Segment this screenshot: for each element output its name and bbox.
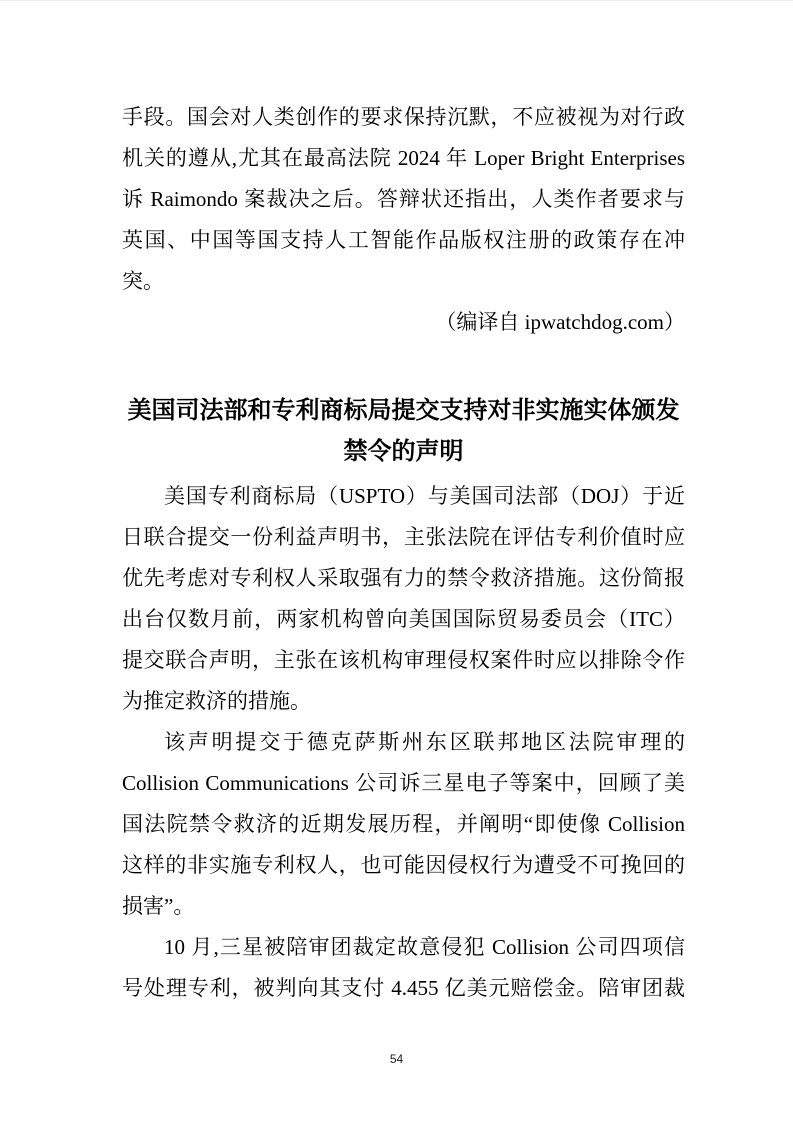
continuation-line: 手段。国会对人类创作的要求保持沉默，不应被视为对行政: [122, 97, 685, 138]
article-paragraph-3: 10 月,三星被陪审团裁定故意侵犯 Collision 公司四项信 号处理专利，…: [122, 927, 685, 1009]
paragraph-continuation: 手段。国会对人类创作的要求保持沉默，不应被视为对行政 机关的遵从,尤其在最高法院…: [122, 97, 685, 302]
continuation-line: 机关的遵从,尤其在最高法院 2024 年 Loper Bright Enterp…: [122, 138, 685, 179]
body-line: 优先考虑对专利权人采取强有力的禁令救济措施。这份简报: [122, 558, 685, 599]
page-number: 54: [0, 1049, 793, 1069]
article-title-line2: 禁令的声明: [122, 431, 685, 472]
attribution-line: （编译自 ipwatchdog.com）: [122, 302, 685, 343]
article-title: 美国司法部和专利商标局提交支持对非实施实体颁发 禁令的声明: [122, 390, 685, 472]
document-page: 手段。国会对人类创作的要求保持沉默，不应被视为对行政 机关的遵从,尤其在最高法院…: [0, 0, 793, 1122]
article-title-line1: 美国司法部和专利商标局提交支持对非实施实体颁发: [122, 390, 685, 431]
body-line: 号处理专利，被判向其支付 4.455 亿美元赔偿金。陪审团裁: [122, 968, 685, 1009]
body-line: 日联合提交一份利益声明书，主张法院在评估专利价值时应: [122, 517, 685, 558]
body-line: 这样的非实施专利权人，也可能因侵权行为遭受不可挽回的: [122, 845, 685, 886]
continuation-line: 突。: [122, 261, 685, 302]
body-line: 10 月,三星被陪审团裁定故意侵犯 Collision 公司四项信: [122, 927, 685, 968]
article-paragraph-1: 美国专利商标局（USPTO）与美国司法部（DOJ）于近 日联合提交一份利益声明书…: [122, 476, 685, 722]
body-line: 损害”。: [122, 886, 685, 927]
body-line: 为推定救济的措施。: [122, 681, 685, 722]
continuation-line: 英国、中国等国支持人工智能作品版权注册的政策存在冲: [122, 220, 685, 261]
body-line: 提交联合声明，主张在该机构审理侵权案件时应以排除令作: [122, 640, 685, 681]
page-content: 手段。国会对人类创作的要求保持沉默，不应被视为对行政 机关的遵从,尤其在最高法院…: [122, 97, 685, 1009]
body-line: 美国专利商标局（USPTO）与美国司法部（DOJ）于近: [122, 476, 685, 517]
body-line: 该声明提交于德克萨斯州东区联邦地区法院审理的: [122, 722, 685, 763]
continuation-line: 诉 Raimondo 案裁决之后。答辩状还指出，人类作者要求与: [122, 179, 685, 220]
body-line: 国法院禁令救济的近期发展历程，并阐明“即使像 Collision: [122, 804, 685, 845]
article-paragraph-2: 该声明提交于德克萨斯州东区联邦地区法院审理的 Collision Communi…: [122, 722, 685, 927]
body-line: Collision Communications 公司诉三星电子等案中，回顾了美: [122, 763, 685, 804]
body-line: 出台仅数月前，两家机构曾向美国国际贸易委员会（ITC）: [122, 599, 685, 640]
